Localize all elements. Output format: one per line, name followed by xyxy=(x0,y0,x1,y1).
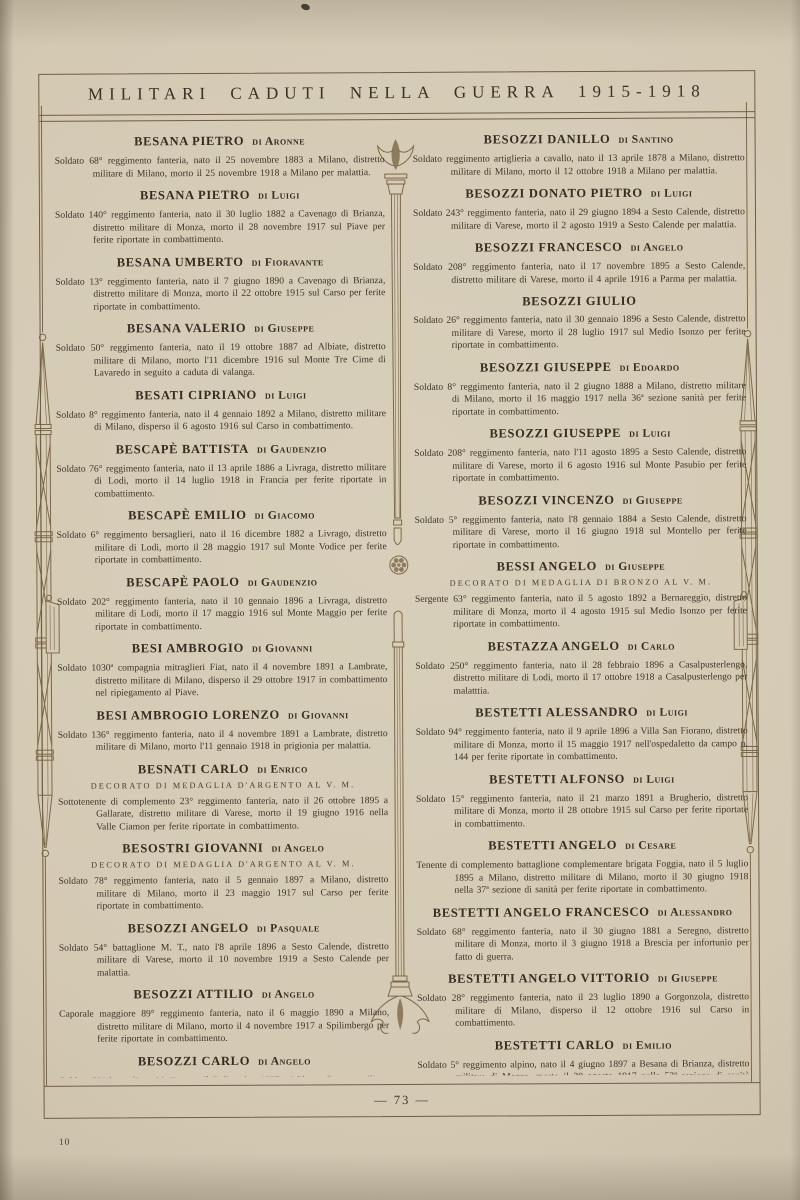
entry-name-heading: BESI AMBROGIO LORENZO di Giovanni xyxy=(58,707,388,724)
casualty-entry: BESANA UMBERTO di Fioravante Soldato 13°… xyxy=(55,254,385,314)
entry-patronymic: di Santino xyxy=(618,134,673,146)
entry-name: BESI AMBROGIO xyxy=(132,641,244,656)
entry-patronymic: di Pasquale xyxy=(257,922,320,934)
entry-name: BESTETTI ALESSANDRO xyxy=(475,705,638,720)
entry-name: BESOZZI GIUSEPPE xyxy=(480,359,612,374)
right-column: BESOZZI DANILLO di Santino Soldato reggi… xyxy=(413,131,750,1076)
entry-text: Soldato 202° reggimento fanteria, nato i… xyxy=(57,595,387,634)
entry-text: Soldato 78° reggimento fanteria, nato il… xyxy=(58,874,388,913)
entry-name: BESANA PIETRO xyxy=(134,134,244,149)
casualty-entry: BESTETTI ANGELO di Cesare Tenente di com… xyxy=(416,837,748,897)
casualty-entry: BESOZZI DONATO PIETRO di Luigi Soldato 2… xyxy=(413,185,745,233)
entry-name: BESI AMBROGIO LORENZO xyxy=(96,707,280,722)
entry-patronymic: di Angelo xyxy=(631,242,684,254)
entry-patronymic: di Giuseppe xyxy=(623,494,683,506)
casualty-entry: BESOZZI DANILLO di Santino Soldato reggi… xyxy=(413,131,745,179)
entry-name-heading: BESOSTRI GIOVANNI di Angelo xyxy=(58,840,388,857)
entry-name: BESOZZI GIUSEPPE xyxy=(489,426,621,441)
casualty-entry: BESOZZI VINCENZO di Giuseppe Soldato 5° … xyxy=(414,492,746,552)
entry-name-heading: BESOZZI ANGELO di Pasquale xyxy=(59,920,389,937)
entry-text: Soldato 68° reggimento fanteria, nato il… xyxy=(55,154,385,181)
casualty-entry: BESTETTI ANGELO VITTORIO di Giuseppe Sol… xyxy=(417,970,749,1030)
entry-patronymic: di Angelo xyxy=(262,988,315,1000)
entry-text: Soldato 50° reggimento fanteria, nato il… xyxy=(56,341,386,380)
entry-text: Soldato 76° reggimento fanteria, nato il… xyxy=(56,462,386,501)
casualty-entry: BESOZZI GIULIO Soldato 26° reggimento fa… xyxy=(413,293,745,352)
entry-patronymic: di Gaudenzio xyxy=(248,576,318,588)
casualty-entry: BESI AMBROGIO di Giovanni Soldato 1030ª … xyxy=(57,640,387,700)
entry-name: BESCAPÈ BATTISTA xyxy=(116,441,249,456)
entry-name-heading: BESI AMBROGIO di Giovanni xyxy=(57,640,387,657)
entry-text: Soldato 54° battaglione M. T., nato l'8 … xyxy=(59,941,389,980)
entry-name-heading: BESATI CIPRIANO di Luigi xyxy=(56,387,386,404)
entry-name: BESTETTI ANGELO FRANCESCO xyxy=(433,904,650,919)
entry-name: BESCAPÈ EMILIO xyxy=(128,508,247,523)
casualty-entry: BESI AMBROGIO LORENZO di Giovanni Soldat… xyxy=(58,707,388,755)
entry-text: Soldato 6° reggimento bersaglieri, nato … xyxy=(57,528,387,567)
entry-name: BESANA VALERIO xyxy=(127,321,247,336)
entry-name-heading: BESNATI CARLO di Enrico xyxy=(58,761,388,778)
entry-name: BESOZZI FRANCESCO xyxy=(475,240,623,255)
page-title: MILITARI CADUTI NELLA GUERRA 1915-1918 xyxy=(88,81,706,104)
entry-decoration: DECORATO DI MEDAGLIA D'ARGENTO AL V. M. xyxy=(58,859,388,870)
entry-name: BESSI ANGELO xyxy=(497,559,598,574)
entry-text: Soldato 15° reggimento fanteria, nato il… xyxy=(416,792,748,831)
entry-name: BESOZZI ATTILIO xyxy=(133,987,253,1002)
entry-patronymic: di Luigi xyxy=(258,190,300,202)
entry-name-heading: BESCAPÈ BATTISTA di Gaudenzio xyxy=(56,441,386,458)
casualty-entry: BESANA PIETRO di Aronne Soldato 68° regg… xyxy=(55,133,385,181)
entry-name: BESOZZI DANILLO xyxy=(484,132,611,147)
entry-name-heading: BESTETTI ANGELO FRANCESCO di Alessandro xyxy=(417,904,749,921)
entry-name: BESOZZI GIULIO xyxy=(522,294,636,309)
casualty-entry: BESOZZI ATTILIO di Angelo Caporale maggi… xyxy=(59,986,389,1046)
entry-name-heading: BESOZZI DANILLO di Santino xyxy=(413,131,745,148)
entry-name-heading: BESTETTI ANGELO VITTORIO di Giuseppe xyxy=(417,970,749,987)
entry-patronymic: di Carlo xyxy=(628,640,675,652)
entry-name: BESTETTI ALFONSO xyxy=(489,771,625,786)
casualty-entry: BESOZZI CARLO di Angelo Soldato 39° batt… xyxy=(59,1053,389,1078)
entry-text: Soldato 28° reggimento fanteria, nato il… xyxy=(417,991,749,1030)
casualty-entry: BESTETTI ANGELO FRANCESCO di Alessandro … xyxy=(417,904,749,964)
entry-name: BESOSTRI GIOVANNI xyxy=(122,841,263,856)
entry-name-heading: BESANA PIETRO di Aronne xyxy=(55,133,385,150)
page-header: MILITARI CADUTI NELLA GUERRA 1915-1918 xyxy=(39,71,754,116)
entry-name: BESTETTI CARLO xyxy=(495,1037,615,1052)
entry-name-heading: BESOZZI GIUSEPPE di Edoardo xyxy=(414,359,746,376)
entry-patronymic: di Giacomo xyxy=(255,509,315,521)
entry-patronymic: di Emilio xyxy=(623,1039,672,1051)
entry-name: BESTETTI ANGELO VITTORIO xyxy=(448,971,650,986)
page-frame: MILITARI CADUTI NELLA GUERRA 1915-1918 B… xyxy=(38,70,760,1119)
entry-text: Soldato 208° reggimento fanteria, nato i… xyxy=(413,260,745,287)
entry-name: BESOZZI ANGELO xyxy=(128,920,249,935)
entry-name: BESNATI CARLO xyxy=(138,761,249,776)
casualty-entry: BESATI CIPRIANO di Luigi Soldato 8° regg… xyxy=(56,387,386,435)
entry-name-heading: BESANA PIETRO di Luigi xyxy=(55,187,385,204)
entry-name: BESANA UMBERTO xyxy=(117,254,244,269)
casualty-entry: BESTETTI ALFONSO di Luigi Soldato 15° re… xyxy=(416,771,748,831)
entry-name-heading: BESCAPÈ PAOLO di Gaudenzio xyxy=(57,574,387,591)
entry-patronymic: di Luigi xyxy=(633,773,675,785)
entry-text: Soldato 68° reggimento fanteria, nato il… xyxy=(417,925,749,964)
entry-patronymic: di Fioravante xyxy=(252,256,324,268)
entry-text: Soldato 26° reggimento fanteria, nato il… xyxy=(414,313,746,352)
entry-text: Soldato 94° reggimento fanteria, nato il… xyxy=(416,725,748,764)
page-sheet: MILITARI CADUTI NELLA GUERRA 1915-1918 B… xyxy=(0,0,800,1200)
entry-name-heading: BESOZZI FRANCESCO di Angelo xyxy=(413,239,745,256)
casualty-entry: BESOZZI GIUSEPPE di Edoardo Soldato 8° r… xyxy=(414,359,746,419)
entry-name: BESTETTI ANGELO xyxy=(488,838,617,853)
entry-patronymic: di Luigi xyxy=(651,187,693,199)
page-footer: — 73 — xyxy=(45,1082,760,1118)
casualty-entry: BESOZZI ANGELO di Pasquale Soldato 54° b… xyxy=(59,920,389,980)
entry-name-heading: BESOZZI DONATO PIETRO di Luigi xyxy=(413,185,745,202)
entry-patronymic: di Enrico xyxy=(257,763,308,775)
entry-name: BESANA PIETRO xyxy=(140,188,250,203)
entry-patronymic: di Angelo xyxy=(271,842,324,854)
entry-name-heading: BESOZZI VINCENZO di Giuseppe xyxy=(414,492,746,509)
casualty-entry: BESANA VALERIO di Giuseppe Soldato 50° r… xyxy=(56,320,386,380)
entry-patronymic: di Aronne xyxy=(252,135,305,147)
entry-name: BESATI CIPRIANO xyxy=(135,387,257,402)
entry-patronymic: di Luigi xyxy=(646,706,688,718)
casualty-entry: BESCAPÈ BATTISTA di Gaudenzio Soldato 76… xyxy=(56,441,386,501)
entry-text: Caporale maggiore 89° reggimento fanteri… xyxy=(59,1007,389,1046)
casualty-entry: BESOZZI FRANCESCO di Angelo Soldato 208°… xyxy=(413,239,745,287)
entry-name: BESOZZI VINCENZO xyxy=(478,492,614,507)
casualty-entry: BESCAPÈ EMILIO di Giacomo Soldato 6° reg… xyxy=(57,507,387,567)
entry-patronymic: di Alessandro xyxy=(658,906,733,918)
entry-text: Soldato 136° reggimento fanteria, nato i… xyxy=(58,728,388,755)
entry-text: Soldato 250° reggimento fanteria, nato i… xyxy=(415,659,747,698)
entry-name-heading: BESOZZI GIUSEPPE di Luigi xyxy=(414,425,746,442)
entry-text: Soldato 140° reggimento fanteria, nato i… xyxy=(55,208,385,247)
entry-patronymic: di Luigi xyxy=(629,428,671,440)
entry-name-heading: BESOZZI ATTILIO di Angelo xyxy=(59,986,389,1003)
entry-patronymic: di Giovanni xyxy=(252,642,313,654)
entry-text: Soldato 8° reggimento fanteria, nato il … xyxy=(414,380,746,419)
entry-patronymic: di Giuseppe xyxy=(658,972,718,984)
signature-mark: 10 xyxy=(59,1138,71,1148)
entry-name-heading: BESANA UMBERTO di Fioravante xyxy=(55,254,385,271)
casualty-entry: BESOSTRI GIOVANNI di Angelo DECORATO DI … xyxy=(58,840,388,913)
entry-patronymic: di Angelo xyxy=(258,1055,311,1067)
casualty-entry: BESOZZI GIUSEPPE di Luigi Soldato 208° r… xyxy=(414,425,746,485)
entry-name-heading: BESTETTI ANGELO di Cesare xyxy=(416,837,748,854)
entry-name: BESOZZI CARLO xyxy=(138,1053,250,1068)
entry-patronymic: di Giovanni xyxy=(288,709,349,721)
entry-text: Sergente 63° reggimento fanteria, nato i… xyxy=(415,592,747,631)
page-number: — 73 — xyxy=(374,1093,430,1108)
casualty-entry: BESTETTI CARLO di Emilio Soldato 5° regg… xyxy=(417,1037,749,1076)
entry-patronymic: di Gaudenzio xyxy=(257,443,327,455)
entry-text: Soldato 5° reggimento alpino, nato il 4 … xyxy=(417,1058,749,1076)
scanned-book-page: MILITARI CADUTI NELLA GUERRA 1915-1918 B… xyxy=(0,0,800,1200)
entry-patronymic: di Luigi xyxy=(265,389,307,401)
entry-decoration: DECORATO DI MEDAGLIA DI BRONZO AL V. M. xyxy=(415,577,747,588)
casualty-entry: BESNATI CARLO di Enrico DECORATO DI MEDA… xyxy=(58,761,388,834)
casualty-entry: BESTETTI ALESSANDRO di Luigi Soldato 94°… xyxy=(416,704,748,764)
entry-text: Soldato 208° reggimento fanteria, nato l… xyxy=(414,446,746,485)
entry-name: BESCAPÈ PAOLO xyxy=(126,574,239,589)
casualty-entry: BESANA PIETRO di Luigi Soldato 140° regg… xyxy=(55,187,385,247)
entry-text: Soldato 243° reggimento fanteria, nato i… xyxy=(413,206,745,233)
entry-name-heading: BESTETTI ALESSANDRO di Luigi xyxy=(416,704,748,721)
casualty-entry: BESSI ANGELO di Giuseppe DECORATO DI MED… xyxy=(415,558,747,631)
entry-name: BESOZZI DONATO PIETRO xyxy=(465,186,643,201)
entry-name-heading: BESANA VALERIO di Giuseppe xyxy=(56,320,386,337)
entry-name-heading: BESOZZI CARLO di Angelo xyxy=(59,1053,389,1070)
entry-name-heading: BESTAZZA ANGELO di Carlo xyxy=(415,638,747,655)
entry-patronymic: di Edoardo xyxy=(620,361,680,373)
entry-patronymic: di Giuseppe xyxy=(254,322,314,334)
entry-name: BESTAZZA ANGELO xyxy=(488,638,620,653)
entry-text: Tenente di complemento battaglione compl… xyxy=(416,858,748,897)
entry-name-heading: BESCAPÈ EMILIO di Giacomo xyxy=(57,507,387,524)
entry-patronymic: di Cesare xyxy=(625,840,676,852)
entry-patronymic: di Giuseppe xyxy=(605,561,665,573)
entry-text: Soldato 1030ª compagnia mitraglieri Fiat… xyxy=(57,661,387,700)
entry-name-heading: BESOZZI GIULIO xyxy=(413,293,745,309)
entry-text: Soldato 39° battaglione M. T., nato il 7… xyxy=(59,1074,389,1078)
entry-text: Soldato reggimento artiglieria a cavallo… xyxy=(413,152,745,179)
entry-text: Sottotenente di complemento 23° reggimen… xyxy=(58,795,388,834)
entry-decoration: DECORATO DI MEDAGLIA D'ARGENTO AL V. M. xyxy=(58,780,388,791)
casualty-entry: BESTAZZA ANGELO di Carlo Soldato 250° re… xyxy=(415,638,747,698)
entry-name-heading: BESTETTI ALFONSO di Luigi xyxy=(416,771,748,788)
entry-name-heading: BESSI ANGELO di Giuseppe xyxy=(415,558,747,575)
page-content: BESANA PIETRO di Aronne Soldato 68° regg… xyxy=(39,118,759,1086)
left-column: BESANA PIETRO di Aronne Soldato 68° regg… xyxy=(55,133,390,1078)
entry-text: Soldato 13° reggimento fanteria, nato il… xyxy=(55,275,385,314)
casualty-entry: BESCAPÈ PAOLO di Gaudenzio Soldato 202° … xyxy=(57,574,387,634)
entry-text: Soldato 5° reggimento fanteria, nato l'8… xyxy=(415,513,747,552)
entry-name-heading: BESTETTI CARLO di Emilio xyxy=(417,1037,749,1054)
entry-text: Soldato 8° reggimento fanteria, nato il … xyxy=(56,408,386,435)
